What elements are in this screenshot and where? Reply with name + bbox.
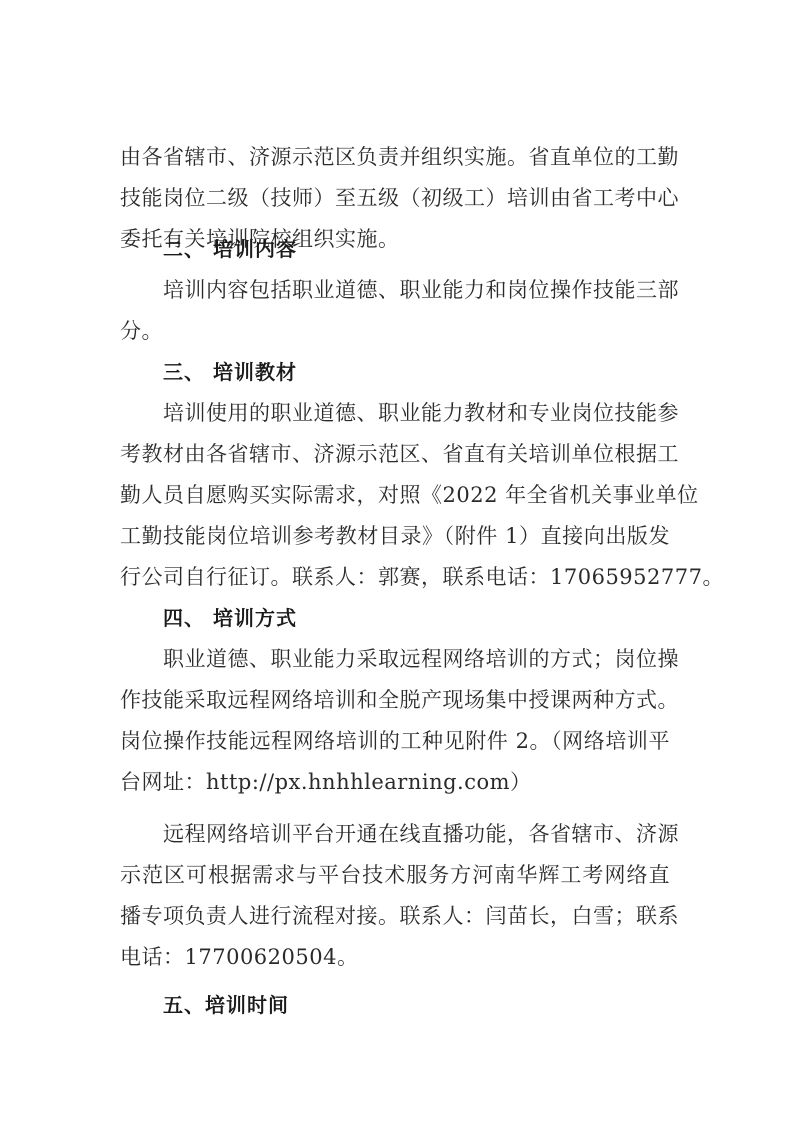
paragraph-line: 分。	[120, 316, 670, 346]
section-heading-content: 二、 培训内容	[163, 234, 297, 264]
paragraph-line: 示范区可根据需求与平台技术服务方河南华辉工考网络直	[120, 860, 670, 890]
section-heading-method: 四、 培训方式	[163, 603, 297, 633]
paragraph-line: 培训使用的职业道德、职业能力教材和专业岗位技能参	[163, 398, 670, 428]
paragraph-line: 培训内容包括职业道德、职业能力和岗位操作技能三部	[163, 275, 670, 305]
section-heading-materials: 三、 培训教材	[163, 357, 297, 387]
paragraph-line: 作技能采取远程网络培训和全脱产现场集中授课两种方式。	[120, 685, 670, 715]
paragraph-line: 远程网络培训平台开通在线直播功能，各省辖市、济源	[163, 819, 670, 849]
paragraph-line: 技能岗位二级（技师）至五级（初级工）培训由省工考中心	[120, 183, 670, 213]
platform-url-line: 台网址：http://px.hnhhlearning.com）	[120, 767, 670, 797]
paragraph-line: 职业道德、职业能力采取远程网络培训的方式；岗位操	[163, 644, 670, 674]
paragraph-line: 勤人员自愿购买实际需求，对照《2022 年全省机关事业单位	[120, 480, 670, 510]
paragraph-line: 播专项负责人进行流程对接。联系人：闫苗长，白雪；联系	[120, 901, 670, 931]
paragraph-line: 电话：17700620504。	[120, 942, 670, 972]
paragraph-line: 岗位操作技能远程网络培训的工种见附件 2。（网络培训平	[120, 726, 670, 756]
paragraph-line: 考教材由各省辖市、济源示范区、省直有关培训单位根据工	[120, 439, 670, 469]
paragraph-line: 由各省辖市、济源示范区负责并组织实施。省直单位的工勤	[120, 142, 670, 172]
paragraph-line: 行公司自行征订。联系人：郭赛，联系电话：17065952777。	[120, 562, 670, 592]
paragraph-line: 工勤技能岗位培训参考教材目录》（附件 1）直接向出版发	[120, 521, 670, 551]
section-heading-time: 五、培训时间	[163, 990, 289, 1020]
